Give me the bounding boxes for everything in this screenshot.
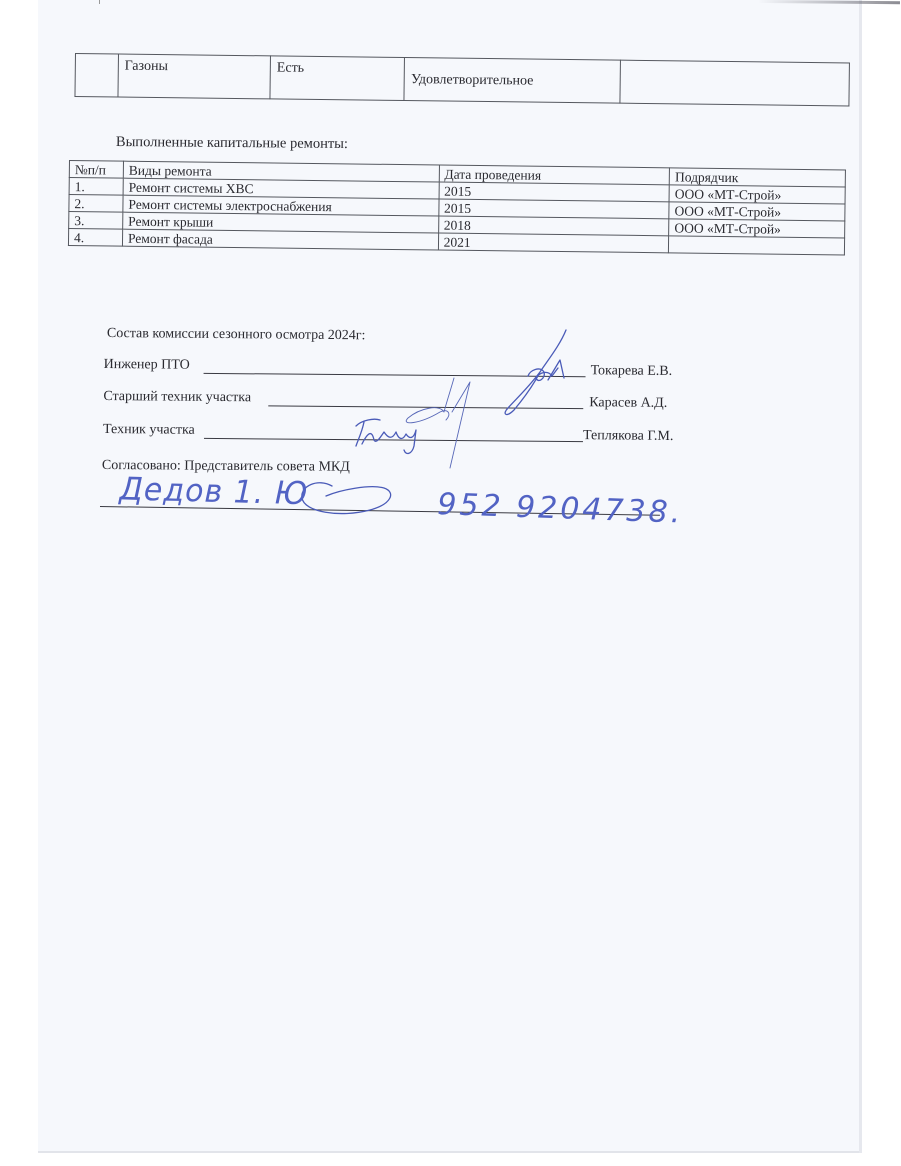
row-number: 3. bbox=[69, 212, 123, 230]
member-role: Старший техник участка bbox=[103, 389, 251, 406]
row-contractor: ООО «МТ-Строй» bbox=[669, 202, 845, 221]
repairs-table: №п/п Виды ремонта Дата проведения Подряд… bbox=[68, 160, 846, 255]
page-edge-shadow bbox=[758, 0, 900, 4]
row-type: Ремонт фасада bbox=[122, 229, 438, 250]
header-date: Дата проведения bbox=[439, 165, 670, 185]
member-role: Инженер ПТО bbox=[104, 357, 190, 374]
lawn-number-cell bbox=[75, 54, 118, 98]
row-date: 2021 bbox=[438, 233, 669, 253]
row-number: 2. bbox=[69, 195, 123, 213]
signature-line bbox=[204, 438, 583, 442]
repairs-title: Выполненные капитальные ремонты: bbox=[116, 134, 348, 153]
row-contractor: ООО «МТ-Строй» bbox=[669, 219, 845, 238]
approval-handwritten-name: Дедов 1. Ю bbox=[119, 471, 309, 513]
row-contractor: ООО «МТ-Строй» bbox=[669, 185, 845, 204]
signature-line bbox=[268, 405, 583, 409]
header-contractor: Подрядчик bbox=[669, 168, 845, 187]
lawn-condition-cell: Удовлетворительное bbox=[404, 58, 620, 104]
row-number: 4. bbox=[68, 229, 122, 247]
scan-mark bbox=[99, 0, 100, 4]
member-name: Теплякова Г.М. bbox=[583, 428, 673, 445]
table-row: Газоны Есть Удовлетворительное bbox=[75, 54, 849, 106]
member-name: Токарева Е.В. bbox=[591, 363, 673, 380]
commission-title: Состав комиссии сезонного осмотра 2024г: bbox=[107, 326, 366, 344]
header-number: №п/п bbox=[69, 161, 123, 179]
signature-line bbox=[204, 373, 586, 377]
lawn-note-cell bbox=[620, 60, 850, 106]
row-contractor bbox=[669, 236, 845, 255]
member-role: Техник участка bbox=[103, 422, 195, 439]
lawn-presence-cell: Есть bbox=[270, 56, 405, 101]
lawn-element-cell: Газоны bbox=[118, 54, 271, 99]
member-name: Карасев А.Д. bbox=[589, 395, 667, 412]
row-number: 1. bbox=[69, 178, 123, 196]
